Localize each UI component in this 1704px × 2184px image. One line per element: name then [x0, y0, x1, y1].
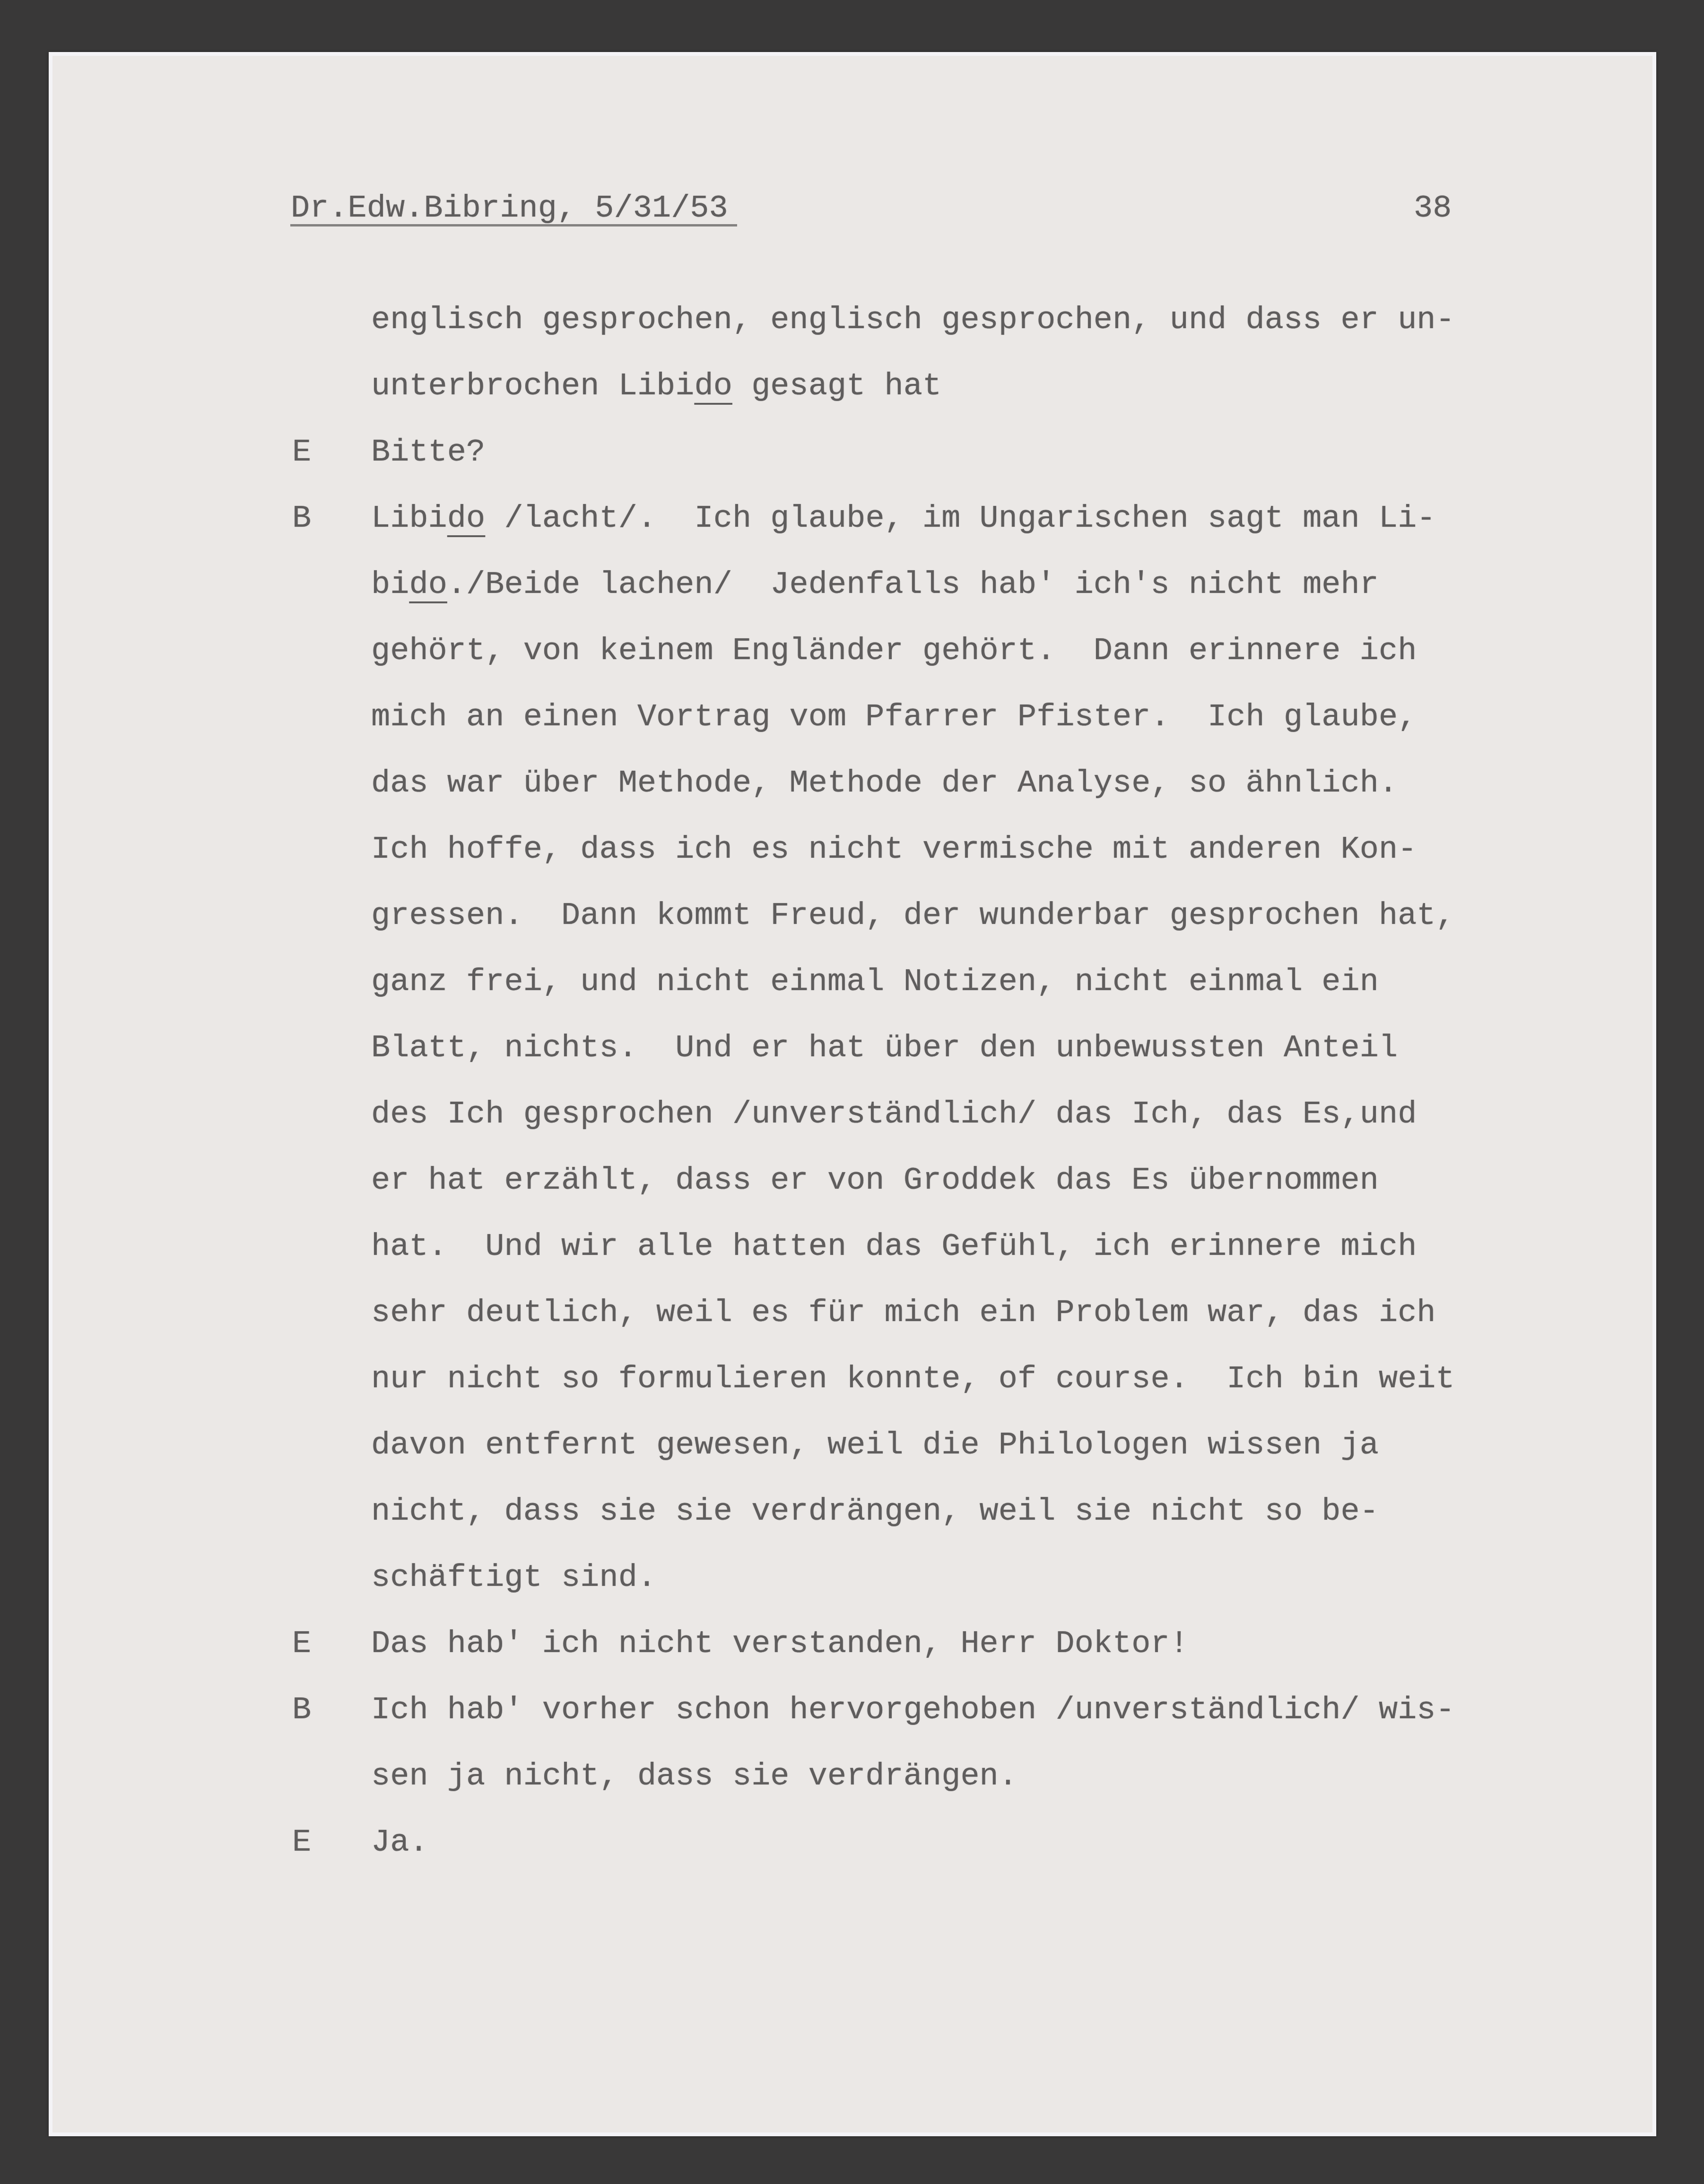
- line-text: sehr deutlich, weil es für mich ein Prob…: [371, 1295, 1436, 1331]
- line-text: er hat erzählt, dass er von Groddek das …: [371, 1163, 1379, 1199]
- speaker-label: E: [292, 1827, 311, 1859]
- speaker-label: B: [292, 503, 311, 535]
- line-text: bi: [371, 567, 409, 603]
- transcript-line: Das hab' ich nicht verstanden, Herr Dokt…: [371, 1628, 1189, 1660]
- line-text: ganz frei, und nicht einmal Notizen, nic…: [371, 964, 1379, 1000]
- line-text: Das hab' ich nicht verstanden, Herr Dokt…: [371, 1626, 1189, 1662]
- transcript-line: das war über Methode, Methode der Analys…: [371, 768, 1398, 800]
- line-text: hat. Und wir alle hatten das Gefühl, ich…: [371, 1229, 1417, 1265]
- line-text: sen ja nicht, dass sie verdrängen.: [371, 1758, 1017, 1794]
- transcript-line: Bitte?: [371, 437, 485, 469]
- transcript-line: Libido /lacht/. Ich glaube, im Ungarisch…: [371, 503, 1436, 535]
- transcript-line: Blatt, nichts. Und er hat über den unbew…: [371, 1033, 1398, 1064]
- line-text: unterbrochen Libi: [371, 368, 695, 404]
- line-text: Ja.: [371, 1825, 428, 1861]
- transcript-line: Ich hoffe, dass ich es nicht vermische m…: [371, 834, 1417, 866]
- transcript-line: gressen. Dann kommt Freud, der wunderbar…: [371, 900, 1455, 932]
- transcript-line: nicht, dass sie sie verdrängen, weil sie…: [371, 1496, 1379, 1528]
- line-text: englisch gesprochen, englisch gesprochen…: [371, 302, 1455, 338]
- transcript-line: nur nicht so formulieren konnte, of cour…: [371, 1364, 1455, 1395]
- line-text: davon entfernt gewesen, weil die Philolo…: [371, 1427, 1379, 1463]
- transcript-line: gehört, von keinem Engländer gehört. Dan…: [371, 635, 1417, 667]
- transcript-line: davon entfernt gewesen, weil die Philolo…: [371, 1430, 1379, 1462]
- transcript-line: Ja.: [371, 1827, 428, 1859]
- line-text: ./Beide lachen/ Jedenfalls hab' ich's ni…: [447, 567, 1379, 603]
- speaker-label: B: [292, 1695, 311, 1726]
- line-text: das war über Methode, Methode der Analys…: [371, 766, 1398, 801]
- transcript-line: unterbrochen Libido gesagt hat: [371, 371, 941, 402]
- underlined-text: do: [695, 368, 732, 404]
- page-number: 38: [1414, 193, 1452, 225]
- line-text: gehört, von keinem Engländer gehört. Dan…: [371, 633, 1417, 669]
- line-text: gressen. Dann kommt Freud, der wunderbar…: [371, 898, 1455, 934]
- transcript-line: des Ich gesprochen /unverständlich/ das …: [371, 1099, 1417, 1131]
- underlined-text: do: [409, 567, 447, 603]
- line-text: Libi: [371, 501, 447, 537]
- line-text: nur nicht so formulieren konnte, of cour…: [371, 1361, 1455, 1397]
- typewritten-page: [49, 52, 1656, 2136]
- line-text: gesagt hat: [732, 368, 941, 404]
- transcript-line: bido./Beide lachen/ Jedenfalls hab' ich'…: [371, 569, 1379, 601]
- transcript-line: hat. Und wir alle hatten das Gefühl, ich…: [371, 1231, 1417, 1263]
- transcript-line: englisch gesprochen, englisch gesprochen…: [371, 305, 1455, 336]
- line-text: Ich hab' vorher schon hervorgehoben /unv…: [371, 1692, 1455, 1728]
- transcript-line: sen ja nicht, dass sie verdrängen.: [371, 1761, 1017, 1792]
- transcript-line: sehr deutlich, weil es für mich ein Prob…: [371, 1297, 1436, 1329]
- line-text: Bitte?: [371, 435, 485, 470]
- transcript-line: mich an einen Vortrag vom Pfarrer Pfiste…: [371, 702, 1417, 733]
- underlined-text: do: [447, 501, 485, 537]
- line-text: Ich hoffe, dass ich es nicht vermische m…: [371, 832, 1417, 868]
- line-text: nicht, dass sie sie verdrängen, weil sie…: [371, 1494, 1379, 1530]
- header-title: Dr.Edw.Bibring, 5/31/53: [291, 193, 728, 225]
- line-text: des Ich gesprochen /unverständlich/ das …: [371, 1096, 1417, 1132]
- transcript-line: schäftigt sind.: [371, 1562, 656, 1594]
- speaker-label: E: [292, 1628, 311, 1660]
- line-text: schäftigt sind.: [371, 1560, 656, 1596]
- transcript-line: Ich hab' vorher schon hervorgehoben /unv…: [371, 1695, 1455, 1726]
- header-underline: [290, 224, 737, 226]
- line-text: mich an einen Vortrag vom Pfarrer Pfiste…: [371, 699, 1417, 735]
- speaker-label: E: [292, 437, 311, 469]
- transcript-line: ganz frei, und nicht einmal Notizen, nic…: [371, 966, 1379, 998]
- transcript-line: er hat erzählt, dass er von Groddek das …: [371, 1165, 1379, 1197]
- line-text: /lacht/. Ich glaube, im Ungarischen sagt…: [485, 501, 1435, 537]
- line-text: Blatt, nichts. Und er hat über den unbew…: [371, 1030, 1398, 1066]
